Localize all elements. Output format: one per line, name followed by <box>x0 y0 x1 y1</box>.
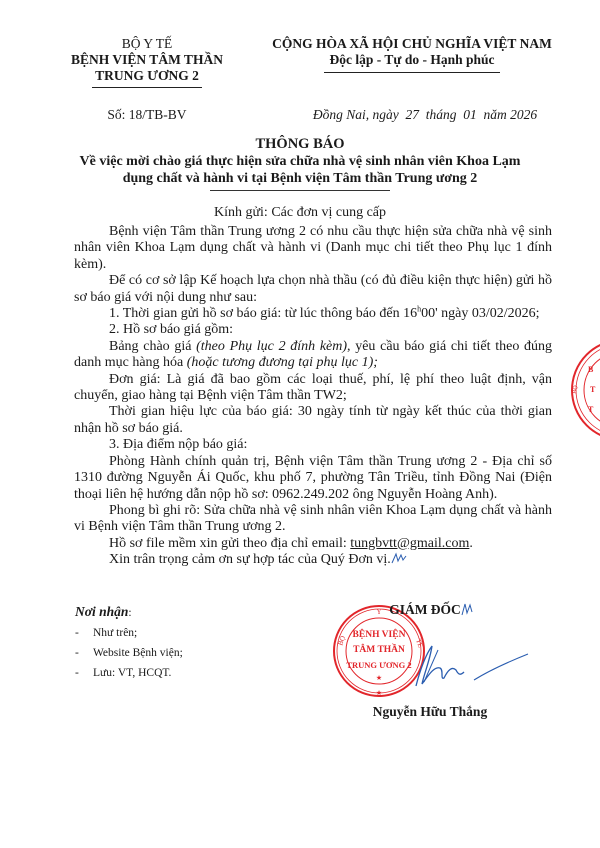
page-edge-seal-icon: B T T BỘ <box>560 330 600 450</box>
paragraph-intro: Bệnh viện Tâm thần Trung ương 2 có nhu c… <box>74 224 552 273</box>
quote-table-equivalent: (hoặc tương đương tại phụ lục 1); <box>187 355 378 370</box>
paragraph-purpose: Để có cơ sở lập Kế hoạch lựa chọn nhà th… <box>74 273 552 306</box>
quote-table-text: Bảng chào giá <box>109 339 196 354</box>
signer-title-text: GIÁM ĐỐC <box>389 602 461 617</box>
recipients-heading: Nơi nhận <box>75 604 128 619</box>
initial-mark-icon <box>391 552 407 564</box>
organization-name-line2: TRUNG ƯƠNG 2 <box>62 68 232 84</box>
national-motto: Độc lập - Tự do - Hạnh phúc <box>262 52 562 68</box>
initial-mark-icon <box>461 602 473 616</box>
nation-name: CỘNG HÒA XÃ HỘI CHỦ NGHĨA VIỆT NAM <box>262 36 562 52</box>
place-and-date: Đồng Nai, ngày 27 tháng 01 năm 2026 <box>290 107 560 123</box>
submission-deadline: 00' ngày 03/02/2026; <box>421 306 539 321</box>
recipients-heading-colon: : <box>128 607 131 619</box>
recipients: Nơi nhận: Như trên; Website Bệnh viện; L… <box>75 602 295 683</box>
signer-name: Nguyễn Hữu Thắng <box>340 704 520 720</box>
item-envelope: Phong bì ghi rõ: Sửa chữa nhà vệ sinh nh… <box>74 503 552 536</box>
handwritten-signature-icon <box>410 640 530 690</box>
salutation: Kính gửi: Các đơn vị cung cấp <box>60 205 540 221</box>
svg-text:★: ★ <box>376 674 382 682</box>
organization-name-line1: BỆNH VIỆN TÂM THẦN <box>62 52 232 68</box>
item-unit-price: Đơn giá: Là giá đã bao gồm các loại thuế… <box>74 372 552 405</box>
recipient-item: Lưu: VT, HCQT. <box>75 663 295 683</box>
recipient-item: Như trên; <box>75 623 295 643</box>
national-header: CỘNG HÒA XÃ HỘI CHỦ NGHĨA VIỆT NAM Độc l… <box>262 36 562 73</box>
submission-time-text: 1. Thời gian gửi hồ sơ báo giá: từ lúc t… <box>109 306 417 321</box>
item-location-heading: 3. Địa điểm nộp báo giá: <box>74 437 552 453</box>
title-subject-line2: dụng chất và hành vi tại Bệnh viện Tâm t… <box>60 170 540 187</box>
signer-title: GIÁM ĐỐC <box>366 602 496 618</box>
email-link[interactable]: tungbvtt@gmail.com <box>350 536 469 551</box>
document-number: Số: 18/TB-BV <box>62 107 232 123</box>
title-divider <box>210 190 390 191</box>
document-title: THÔNG BÁO Về việc mời chào giá thực hiện… <box>60 136 540 191</box>
thanks-text: Xin trân trọng cảm ơn sự hợp tác của Quý… <box>109 552 391 567</box>
svg-text:★: ★ <box>376 689 382 697</box>
item-validity: Thời gian hiệu lực của báo giá: 30 ngày … <box>74 404 552 437</box>
quote-table-appendix: (theo Phụ lục 2 đính kèm) <box>196 339 347 354</box>
svg-text:T: T <box>588 405 594 414</box>
recipient-item: Website Bệnh viện; <box>75 643 295 663</box>
item-submission-time: 1. Thời gian gửi hồ sơ báo giá: từ lúc t… <box>74 306 552 322</box>
closing-thanks: Xin trân trọng cảm ơn sự hợp tác của Quý… <box>74 552 552 568</box>
issuing-authority: BỘ Y TẾ BỆNH VIỆN TÂM THẦN TRUNG ƯƠNG 2 <box>62 36 232 88</box>
ministry-name: BỘ Y TẾ <box>62 36 232 52</box>
item-address: Phòng Hành chính quản trị, Bệnh viện Tâm… <box>74 454 552 503</box>
title-subject-line1: Về việc mời chào giá thực hiện sửa chữa … <box>60 153 540 170</box>
document-body: Bệnh viện Tâm thần Trung ương 2 có nhu c… <box>74 224 552 569</box>
email-label: Hồ sơ file mềm xin gửi theo địa chỉ emai… <box>109 536 350 551</box>
email-suffix: . <box>469 536 473 551</box>
item-documents-heading: 2. Hồ sơ báo giá gồm: <box>74 322 552 338</box>
item-email: Hồ sơ file mềm xin gửi theo địa chỉ emai… <box>74 536 552 552</box>
header-left-divider <box>92 87 202 88</box>
svg-text:B: B <box>588 365 594 374</box>
item-quote-table: Bảng chào giá (theo Phụ lục 2 đính kèm),… <box>74 339 552 372</box>
title-heading: THÔNG BÁO <box>60 136 540 153</box>
header-right-divider <box>324 72 500 73</box>
svg-text:T: T <box>590 385 596 394</box>
